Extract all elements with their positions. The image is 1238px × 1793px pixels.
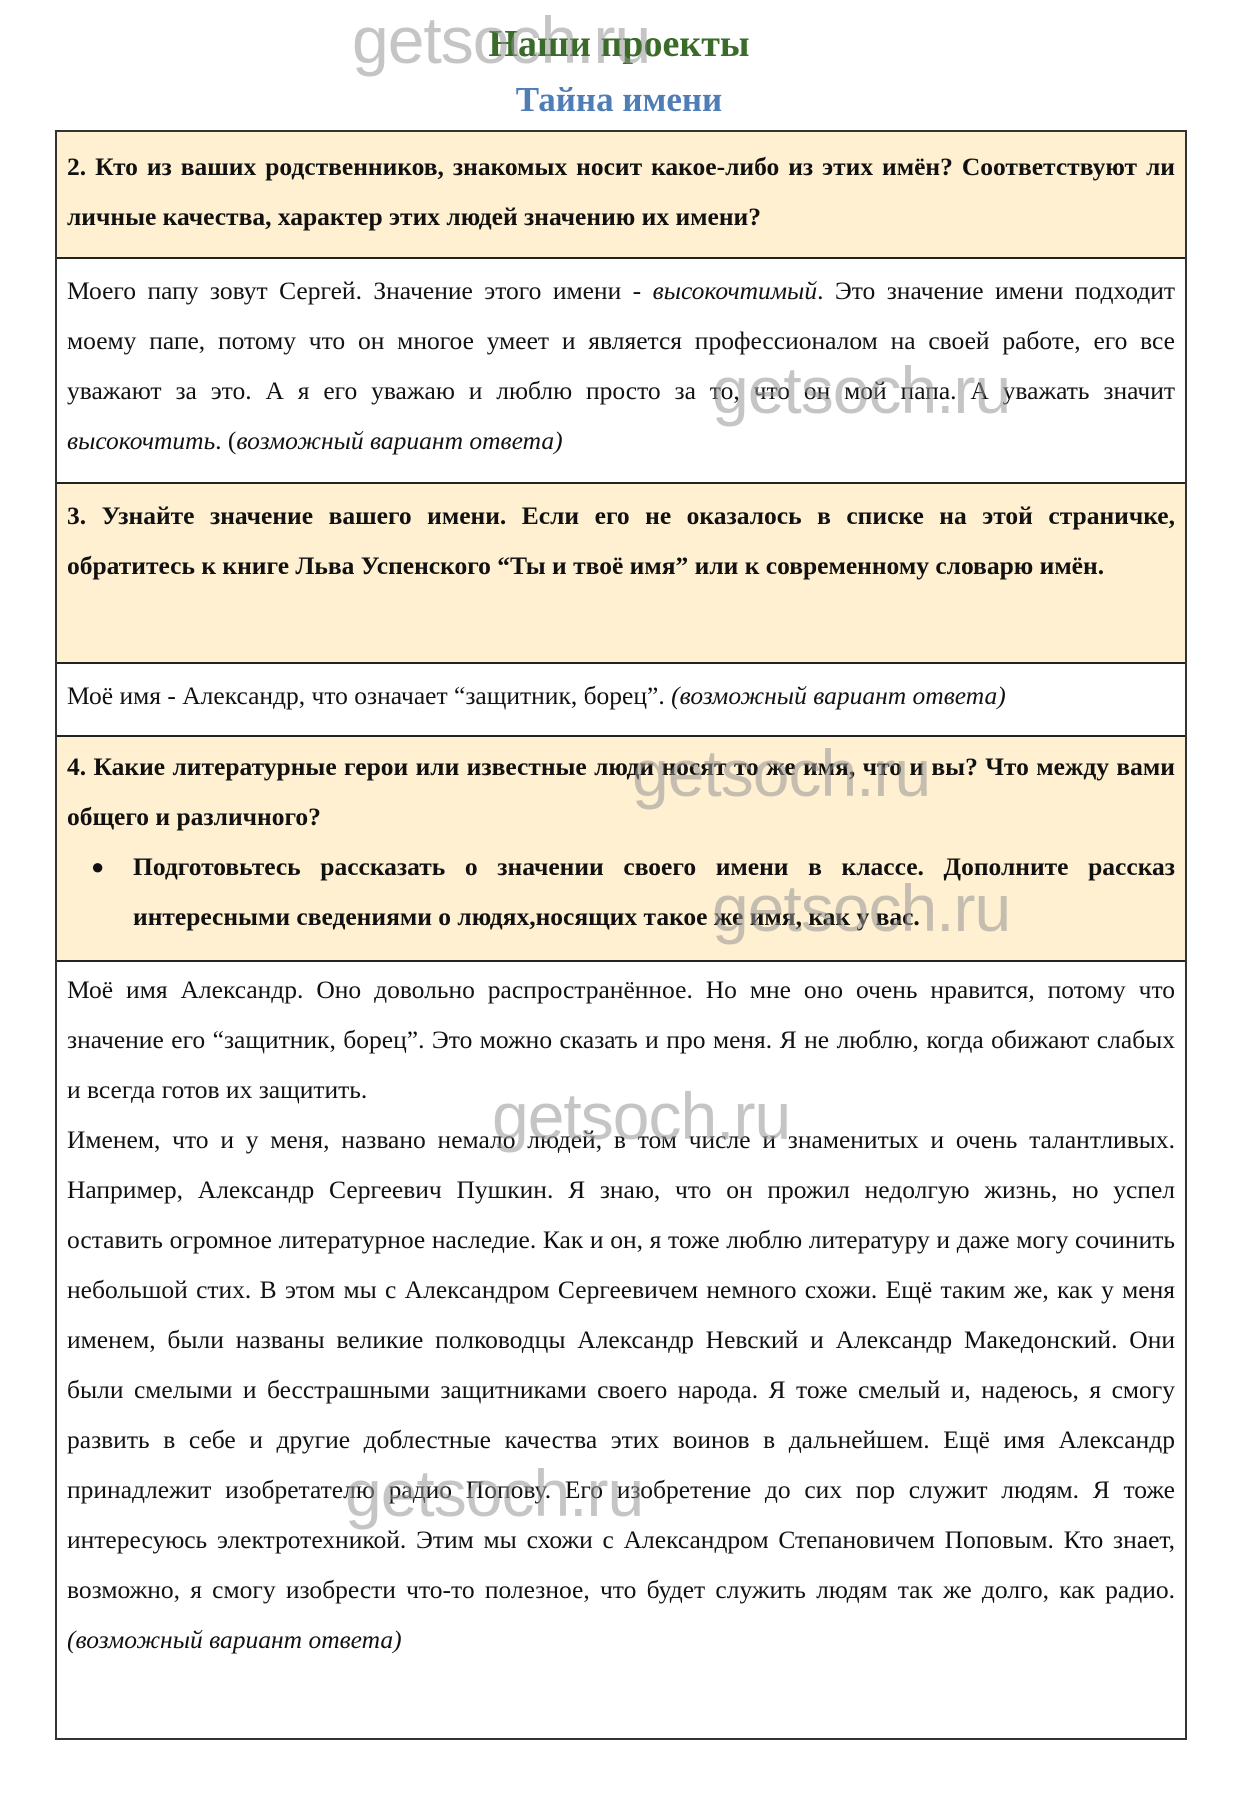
answer-2: Моего папу зовут Сергей. Значение этого …: [57, 257, 1185, 482]
answer-3-text: Моё имя - Александр, что означает “защит…: [67, 681, 671, 710]
question-4-bullet: ● Подготовьтесь рассказать о значении св…: [67, 842, 1175, 942]
question-4-text: 4. Какие литературные герои или известны…: [67, 742, 1175, 842]
answer-4: Моё имя Александр. Оно довольно распрост…: [57, 960, 1185, 1738]
answer-4-note: (возможный вариант ответа): [67, 1625, 402, 1654]
answer-2-term: высокочтимый: [653, 276, 817, 305]
question-3: 3. Узнайте значение вашего имени. Если е…: [57, 482, 1185, 662]
page-subtitle: Тайна имени: [0, 80, 1238, 120]
answer-2-note: возможный вариант ответа): [236, 426, 562, 455]
answer-4-paragraph-1: Моё имя Александр. Оно довольно распрост…: [67, 965, 1175, 1115]
bullet-icon: ●: [91, 842, 133, 942]
qa-table: 2. Кто из ваших родственников, знакомых …: [55, 130, 1187, 1740]
bullet-text: Подготовьтесь рассказать о значении свое…: [133, 842, 1175, 942]
answer-4-text: Именем, что и у меня, названо немало люд…: [67, 1125, 1175, 1604]
answer-2-text: . (: [215, 426, 236, 455]
answer-3-note: (возможный вариант ответа): [671, 681, 1006, 710]
question-4: 4. Какие литературные герои или известны…: [57, 735, 1185, 960]
answer-4-paragraph-2: Именем, что и у меня, названо немало люд…: [67, 1115, 1175, 1665]
answer-3: Моё имя - Александр, что означает “защит…: [57, 662, 1185, 735]
page-title: Наши проекты: [0, 22, 1238, 66]
answer-2-term: высокочтить: [67, 426, 215, 455]
answer-2-text: Моего папу зовут Сергей. Значение этого …: [67, 276, 653, 305]
question-2: 2. Кто из ваших родственников, знакомых …: [57, 132, 1185, 257]
